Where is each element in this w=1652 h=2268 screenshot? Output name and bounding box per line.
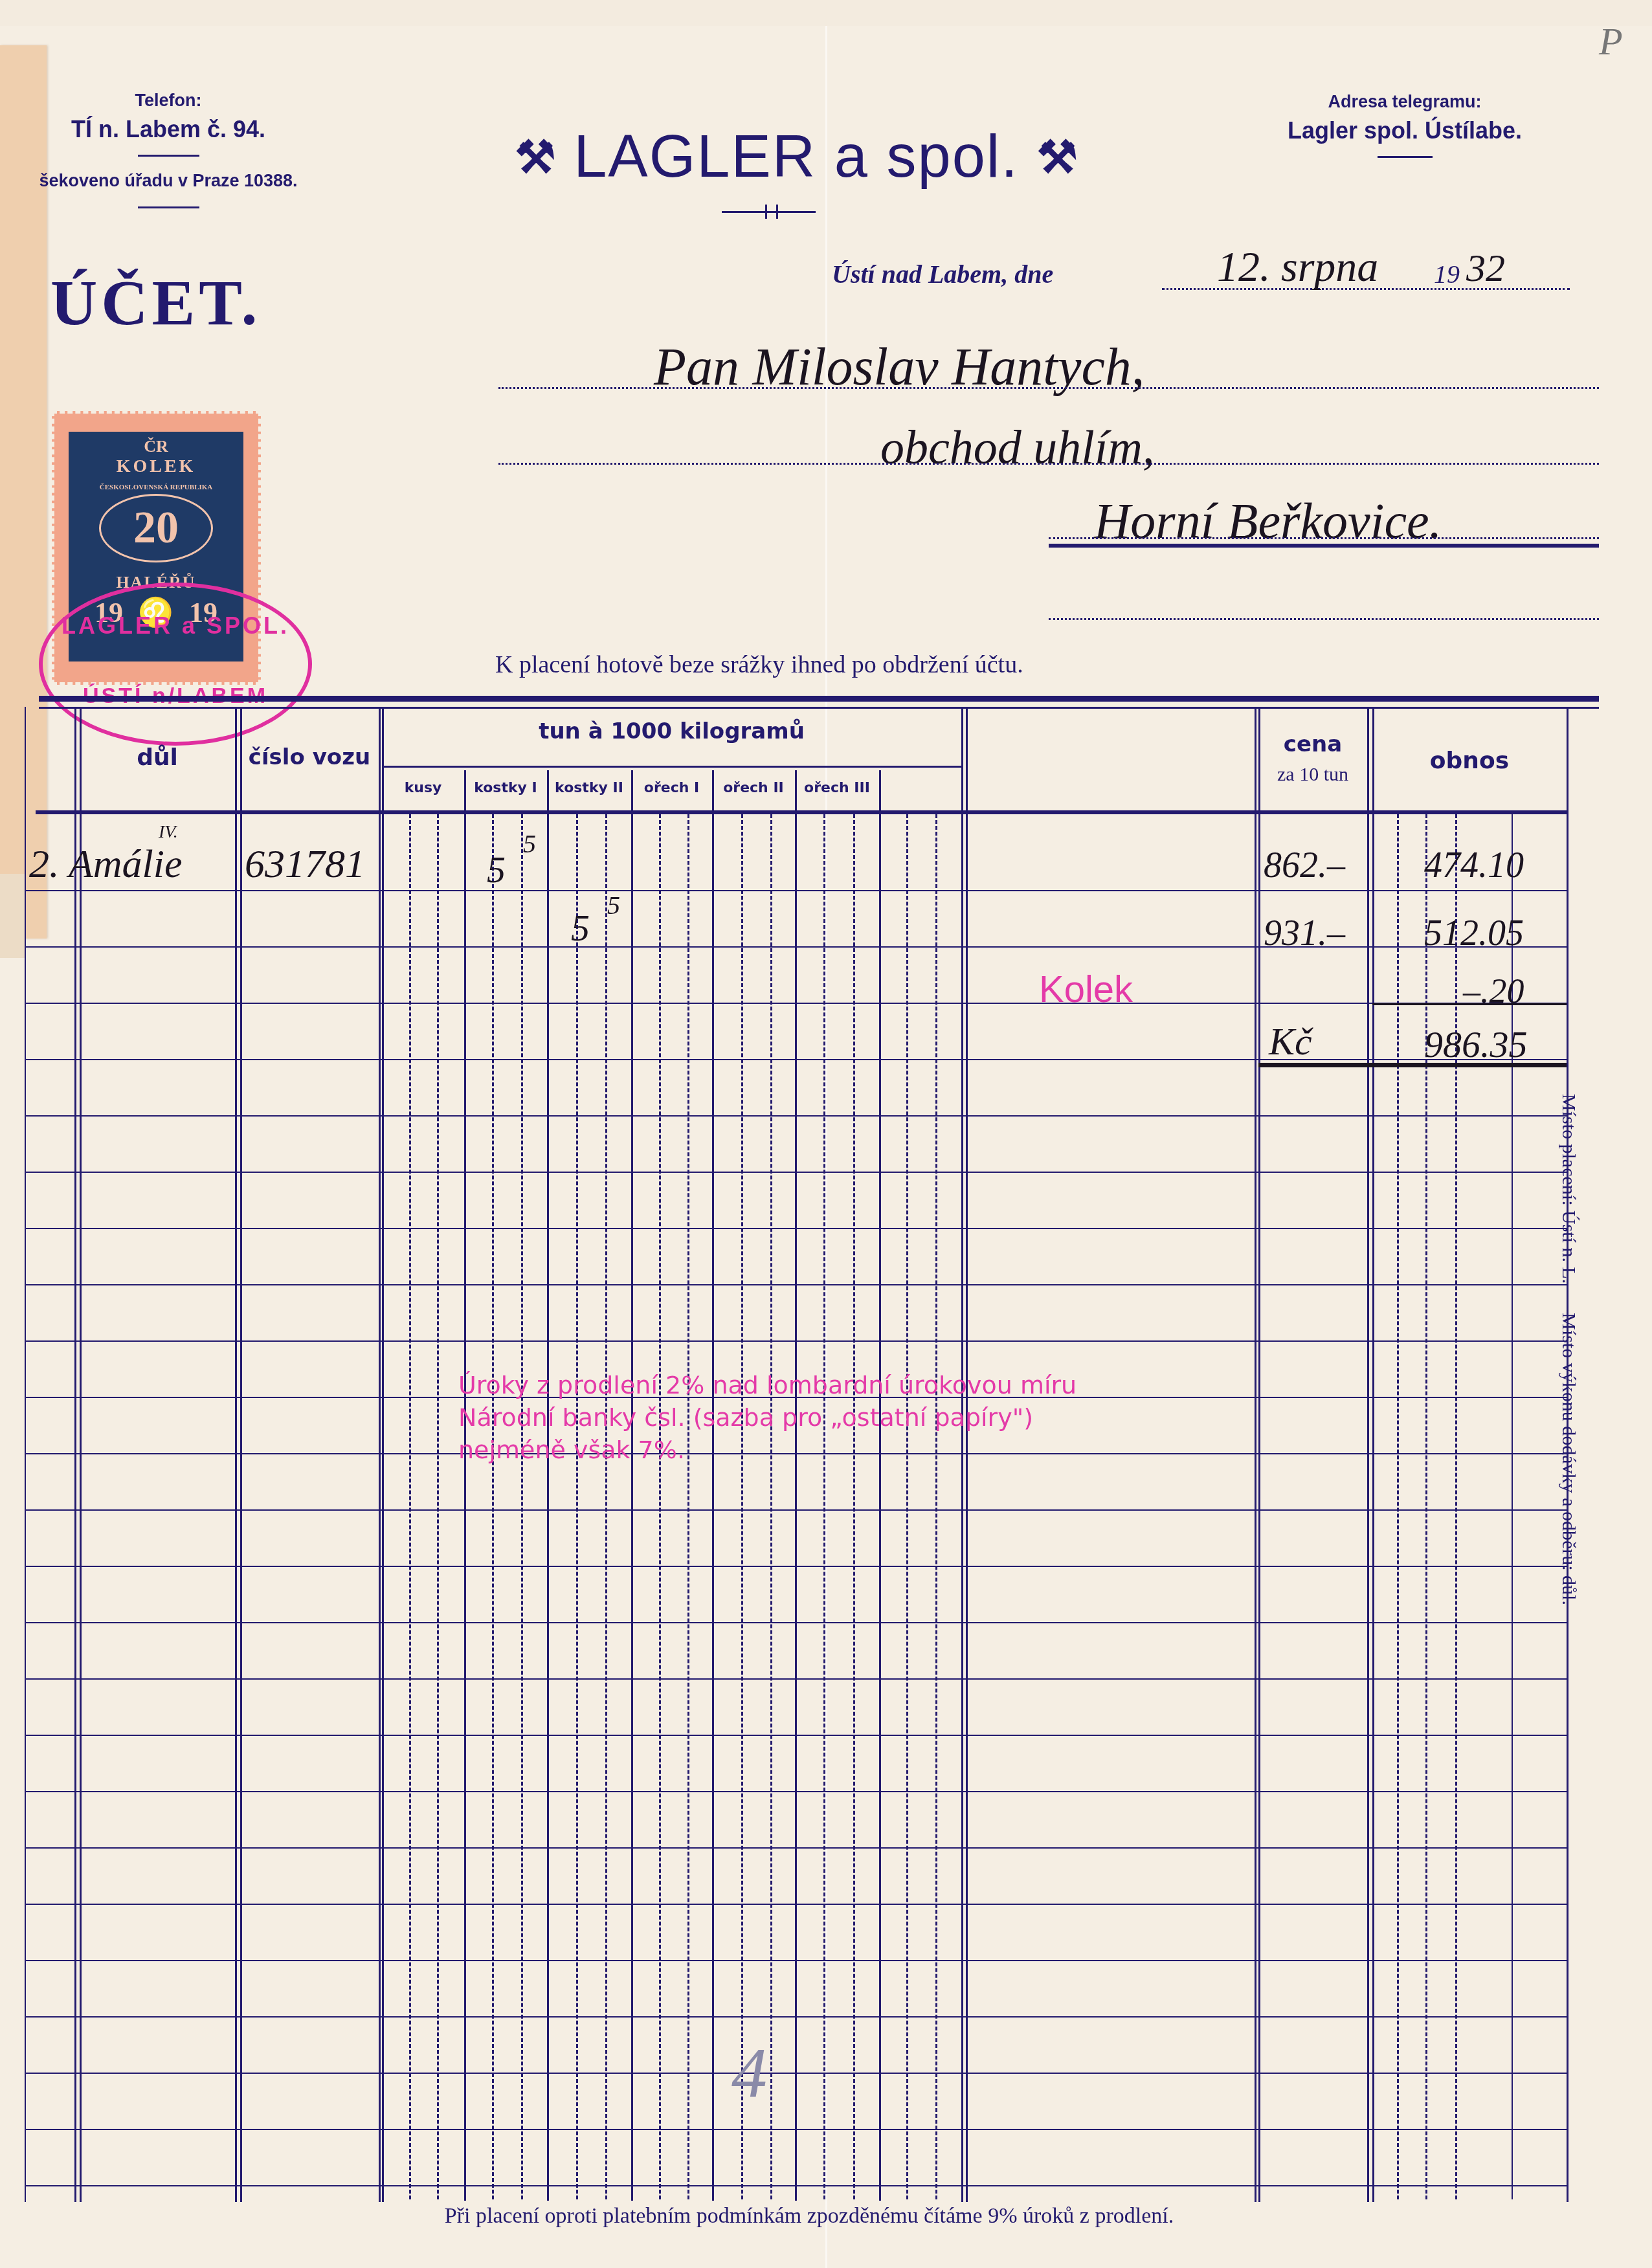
col-dash: [409, 814, 411, 2199]
header-price-sub: za 10 tun: [1258, 764, 1367, 786]
side-note: Místo placení: Ústí n. L. — Místo výkonu…: [1557, 1094, 1579, 1605]
cell-kostky-1-frac: 5: [523, 828, 536, 859]
cell-total: 986.35: [1424, 1023, 1528, 1066]
interest-note: Úroky z prodlení 2% nad lombardní úrokov…: [458, 1369, 1106, 1466]
header-mine: důl: [80, 744, 235, 771]
address-line: [498, 387, 1599, 389]
col-line: [795, 770, 797, 2201]
row-rule: [26, 1847, 1567, 1849]
company-header: ⚒ LAGLER a spol. ⚒: [388, 123, 1204, 191]
col-dash: [853, 814, 855, 2199]
col-dash: [1425, 814, 1427, 2199]
col-line: [1512, 814, 1513, 2199]
pencil-note: 4: [731, 2032, 767, 2115]
subheader-kostky-2: kostky II: [547, 780, 631, 796]
header-price: cena: [1258, 731, 1367, 757]
cell-wagon: 631781: [245, 841, 365, 887]
payment-terms: K placení hotově beze srážky ihned po ob…: [495, 650, 1023, 679]
sum-rule: [1372, 1003, 1567, 1005]
subheader-kostky-1: kostky I: [464, 780, 547, 796]
col-dash: [770, 814, 772, 2199]
header-wagon-no: číslo vozu: [240, 744, 379, 770]
subheader-orech-1: ořech I: [631, 780, 712, 796]
col-dash: [1397, 814, 1399, 2199]
col-dash: [659, 814, 661, 2199]
col-line: [235, 707, 237, 2202]
col-dash: [741, 814, 743, 2199]
table-top-border: [39, 696, 1599, 702]
cell-currency: Kč: [1269, 1019, 1312, 1064]
row-rule: [26, 1340, 1567, 1342]
cell-amount: 474.10: [1424, 845, 1524, 886]
phone-block: Telefon: TÍ n. Labem č. 94. šekoveno úřa…: [39, 91, 298, 208]
divider: [138, 155, 199, 157]
row-rule: [26, 2073, 1567, 2074]
row-rule: [26, 1003, 1567, 1004]
row-rule: [26, 1509, 1567, 1511]
telegram-value: Lagler spol. Ústílabe.: [1269, 117, 1541, 144]
row-rule: [26, 1172, 1567, 1173]
row-rule: [26, 2129, 1567, 2130]
col-line: [631, 770, 633, 2201]
row-rule: [26, 1735, 1567, 1736]
col-line: [25, 707, 26, 2202]
address-line: [1049, 537, 1599, 539]
recipient-line-2: obchod uhlím,: [880, 421, 1154, 476]
cell-price: 931.–: [1264, 913, 1345, 954]
table-header-border: [36, 810, 1567, 814]
cell-price: 862.–: [1264, 845, 1345, 886]
col-line: [547, 770, 549, 2201]
total-double-underline: [1258, 1063, 1567, 1067]
row-rule: [26, 2016, 1567, 2018]
subheader-orech-2: ořech II: [712, 780, 795, 796]
col-dash: [521, 814, 523, 2199]
cell-mine: 2. Amálie: [29, 841, 183, 887]
cell-kostky-1: 5: [487, 848, 506, 891]
subheader-kusy: kusy: [382, 780, 464, 796]
year-handwritten: 32: [1466, 246, 1505, 291]
address-line: [498, 463, 1599, 465]
ornament-icon: [765, 205, 778, 219]
row-rule: [26, 1678, 1567, 1680]
col-line: [464, 770, 466, 2201]
row-rule: [26, 1904, 1567, 1905]
col-dash: [437, 814, 439, 2199]
stamp-word: KOLEK: [69, 456, 243, 477]
col-dash: [935, 814, 937, 2199]
col-dash: [605, 814, 607, 2199]
address-underline: [1049, 544, 1599, 548]
rubber-stamp-top: LAGLER a SPOL.: [43, 612, 308, 639]
company-name: LAGLER a spol.: [574, 123, 1019, 191]
row-rule: [26, 1566, 1567, 1567]
subheader-rule: [382, 766, 961, 768]
divider: [138, 206, 199, 208]
subheader-orech-3: ořech III: [795, 780, 879, 796]
divider: [1378, 156, 1433, 158]
col-dash: [687, 814, 689, 2199]
hammers-icon: ⚒: [1037, 131, 1078, 184]
cell-mine-note: IV.: [159, 822, 178, 843]
row-rule: [26, 1622, 1567, 1623]
check-office: šekoveno úřadu v Praze 10388.: [39, 171, 298, 191]
pencil-mark: P: [1599, 19, 1623, 64]
row-rule: [26, 1284, 1567, 1285]
document-title: ÚČET.: [50, 265, 261, 340]
row-rule: [26, 1115, 1567, 1117]
cell-amount: 512.05: [1424, 913, 1524, 954]
cell-description-kolek: Kolek: [1039, 968, 1133, 1011]
hammers-icon: ⚒: [515, 131, 555, 184]
col-line: [382, 707, 384, 2202]
col-dash: [492, 814, 494, 2199]
stamp-value: 20: [99, 494, 213, 562]
place-date-label: Ústí nad Labem, dne: [832, 259, 1053, 289]
table-top-rule: [39, 707, 1599, 709]
col-line: [712, 770, 714, 2201]
cell-kostky-2: 5: [571, 906, 590, 950]
col-line: [74, 707, 76, 2202]
col-line: [1367, 707, 1369, 2202]
col-dash: [823, 814, 825, 2199]
stamp-country: ČESKOSLOVENSKÁ REPUBLIKA: [69, 484, 243, 491]
col-line: [80, 707, 82, 2202]
date-handwritten: 12. srpna: [1217, 243, 1378, 292]
col-dash: [906, 814, 908, 2199]
col-line: [1372, 707, 1374, 2202]
year-prefix: 19: [1434, 259, 1460, 289]
phone-value: TÍ n. Labem č. 94.: [39, 116, 298, 143]
header-amount: obnos: [1372, 748, 1567, 774]
row-rule: [26, 1059, 1567, 1060]
col-line: [1255, 707, 1256, 2202]
telegram-block: Adresa telegramu: Lagler spol. Ústílabe.: [1269, 92, 1541, 158]
paper-tape-lower: [0, 874, 26, 958]
phone-label: Telefon:: [39, 91, 298, 111]
col-dash: [576, 814, 578, 2199]
header-tons: tun à 1000 kilogramů: [382, 718, 961, 744]
row-rule: [26, 1791, 1567, 1792]
col-line: [879, 770, 881, 2201]
col-dash: [1455, 814, 1457, 2199]
row-rule: [26, 890, 1567, 891]
col-line: [240, 707, 242, 2202]
telegram-label: Adresa telegramu:: [1269, 92, 1541, 112]
col-line: [1258, 707, 1260, 2202]
stamp-monogram: ČR: [69, 437, 243, 456]
cell-kostky-2-frac: 5: [607, 890, 620, 920]
row-rule: [26, 1228, 1567, 1229]
col-line: [379, 707, 381, 2202]
footer-note: Při placení oproti platebním podmínkám z…: [324, 2204, 1295, 2229]
row-rule: [26, 1960, 1567, 1961]
address-line: [1049, 618, 1599, 620]
recipient-line-3: Horní Beřkovice.: [1094, 492, 1442, 550]
row-rule: [26, 2185, 1567, 2186]
